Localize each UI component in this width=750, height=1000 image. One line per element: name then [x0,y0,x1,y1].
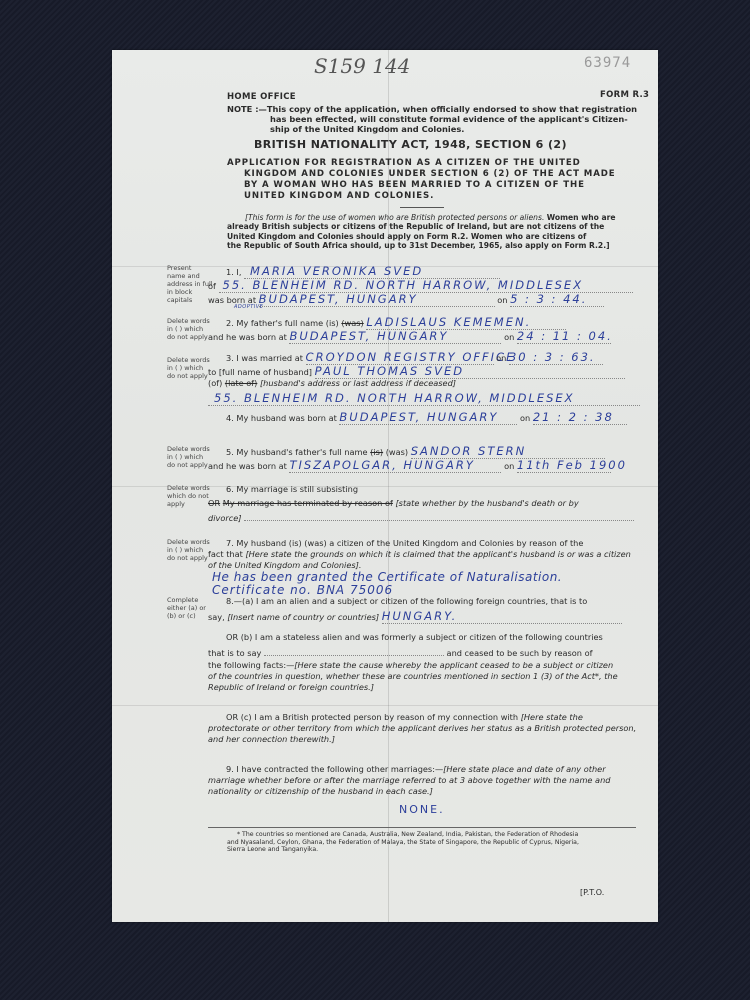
margin-note-delete-words: Delete words in ( ) which do not apply [167,356,210,380]
margin-note-delete-words: Delete words in ( ) which do not apply [167,538,210,562]
section-8b-line5: Republic of Ireland or foreign countries… [208,682,636,692]
adoptive-annotation: ADOPTIVE [234,304,263,310]
section-9-line2: marriage whether before or after the mar… [208,775,636,785]
other-marriages-answer[interactable]: NONE. [399,803,445,816]
section-5-birth-row: and he was born at TISZAPOLGAR, HUNGARY … [208,458,636,473]
termination-reason-field[interactable] [244,512,634,521]
section-8a-line2: say, [Insert name of country or countrie… [208,609,636,624]
father-name-field[interactable]: LADISLAUS KEMEMEN. [366,315,566,330]
form-id: FORM R.3 [600,90,649,100]
note: NOTE :—This copy of the application, whe… [227,104,657,134]
applicant-birthdate-field[interactable]: 5 : 3 : 44. [510,292,604,307]
section-1-address-row: of 55. BLENHEIM RD. NORTH HARROW, MIDDLE… [208,278,636,293]
father-birthdate-field[interactable]: 24 : 11 : 04. [517,329,611,344]
father-birthplace-field[interactable]: BUDAPEST, HUNGARY [289,329,501,344]
form-subtitle: APPLICATION FOR REGISTRATION AS A CITIZE… [227,158,657,202]
section-6-row: 6. My marriage is still subsisting [208,484,636,494]
form-title: BRITISH NATIONALITY ACT, 1948, SECTION 6… [254,138,567,151]
footnote-divider [208,827,636,828]
marriage-date-field[interactable]: 30 : 3 : 63. [509,350,603,365]
citizenship-grounds-answer-line1[interactable]: He has been granted the Certificate of N… [212,570,562,584]
section-3-address-label-row: (of) (late of) [husband's address or las… [208,378,636,388]
section-2-birth-row: and he was born at BUDAPEST, HUNGARY on … [208,329,636,344]
former-countries-field[interactable] [264,647,444,656]
foreign-country-field[interactable]: HUNGARY. [382,609,622,624]
section-1-name-row: 1. I, MARIA VERONIKA SVED [208,264,636,279]
applicant-address-field[interactable]: 55. BLENHEIM RD. NORTH HARROW, MIDDLESEX [219,278,633,293]
section-6-terminated-row: OR My marriage has terminated by reason … [208,498,636,508]
section-5-father-row: 5. My husband's father's full name (is) … [208,444,636,459]
applicant-name-field[interactable]: MARIA VERONIKA SVED [244,264,500,279]
note-label: NOTE :— [227,104,267,114]
margin-note-delete-words: Delete words in ( ) which do not apply [167,445,210,469]
margin-note-present-name: Present name and address in full in bloc… [167,264,213,304]
fold-crease-horizontal [112,705,658,706]
section-8b-line2: that is to say and ceased to be such by … [208,647,636,658]
margin-note-delete-words: Delete words in ( ) which do not apply [167,317,210,341]
section-6-divorce-row: divorce] [208,512,636,523]
application-form-page: S159 144 63974 HOME OFFICE FORM R.3 NOTE… [112,50,658,922]
husband-name-field[interactable]: PAUL THOMAS SVED [315,364,625,379]
marriage-place-field[interactable]: CROYDON REGISTRY OFFICE [306,350,494,365]
section-7-line2: fact that [Here state the grounds on whi… [208,549,636,559]
section-2-father-row: 2. My father's full name (is) (was) LADI… [208,315,636,330]
section-8c-line1: OR (c) I am a British protected person b… [208,712,636,722]
section-1-birth-row: was born at BUDAPEST, HUNGARY on 5 : 3 :… [208,292,636,307]
handwritten-reference: S159 144 [314,54,410,78]
section-4-row: 4. My husband was born at BUDAPEST, HUNG… [208,410,636,425]
stamped-number: 63974 [584,55,631,71]
section-8b-line4: of the countries in question, whether th… [208,671,636,681]
husband-birthplace-field[interactable]: BUDAPEST, HUNGARY [339,410,517,425]
husband-birthdate-field[interactable]: 21 : 2 : 38 [533,410,627,425]
husband-father-birthplace-field[interactable]: TISZAPOLGAR, HUNGARY [289,458,501,473]
section-8b-line3: the following facts:—[Here state the cau… [208,660,636,670]
section-8a-line1: 8.—(a) I am an alien and a subject or ci… [208,596,636,606]
section-9-line3: nationality or citizenship of the husban… [208,786,636,796]
section-3-address-row: 55. BLENHEIM RD. NORTH HARROW, MIDDLESEX [208,391,636,406]
divider [400,207,444,208]
section-9-line1: 9. I have contracted the following other… [208,764,636,774]
pto-marker: [P.T.O. [580,888,604,897]
section-7-line1: 7. My husband (is) (was) a citizen of th… [208,538,636,548]
applicant-birthplace-field[interactable]: BUDAPEST, HUNGARY [259,292,495,307]
husband-father-birthdate-field[interactable]: 11th Feb 1900 [517,458,611,473]
intro-paragraph: [This form is for the use of women who a… [227,213,657,250]
section-3-marriage-row: 3. I was married at CROYDON REGISTRY OFF… [208,350,636,365]
citizenship-grounds-answer-line2[interactable]: Certificate no. BNA 75006 [212,583,393,597]
husband-father-name-field[interactable]: SANDOR STERN [411,444,605,459]
section-7-line3: of the United Kingdom and Colonies]. [208,560,636,570]
section-3-husband-row: to [full name of husband] PAUL THOMAS SV… [208,364,636,379]
husband-address-field[interactable]: 55. BLENHEIM RD. NORTH HARROW, MIDDLESEX [208,391,640,406]
section-8c-line3: and her connection therewith.] [208,734,636,744]
section-8c-line2: protectorate or other territory from whi… [208,723,636,733]
margin-note-complete-either: Complete either (a) or (b) or (c) [167,596,206,620]
section-8b-line1: OR (b) I am a stateless alien and was fo… [208,632,636,642]
margin-note-delete-which: Delete words which do not apply [167,484,210,508]
issuer: HOME OFFICE [227,92,296,102]
footnote: * The countries so mentioned are Canada,… [227,831,657,854]
